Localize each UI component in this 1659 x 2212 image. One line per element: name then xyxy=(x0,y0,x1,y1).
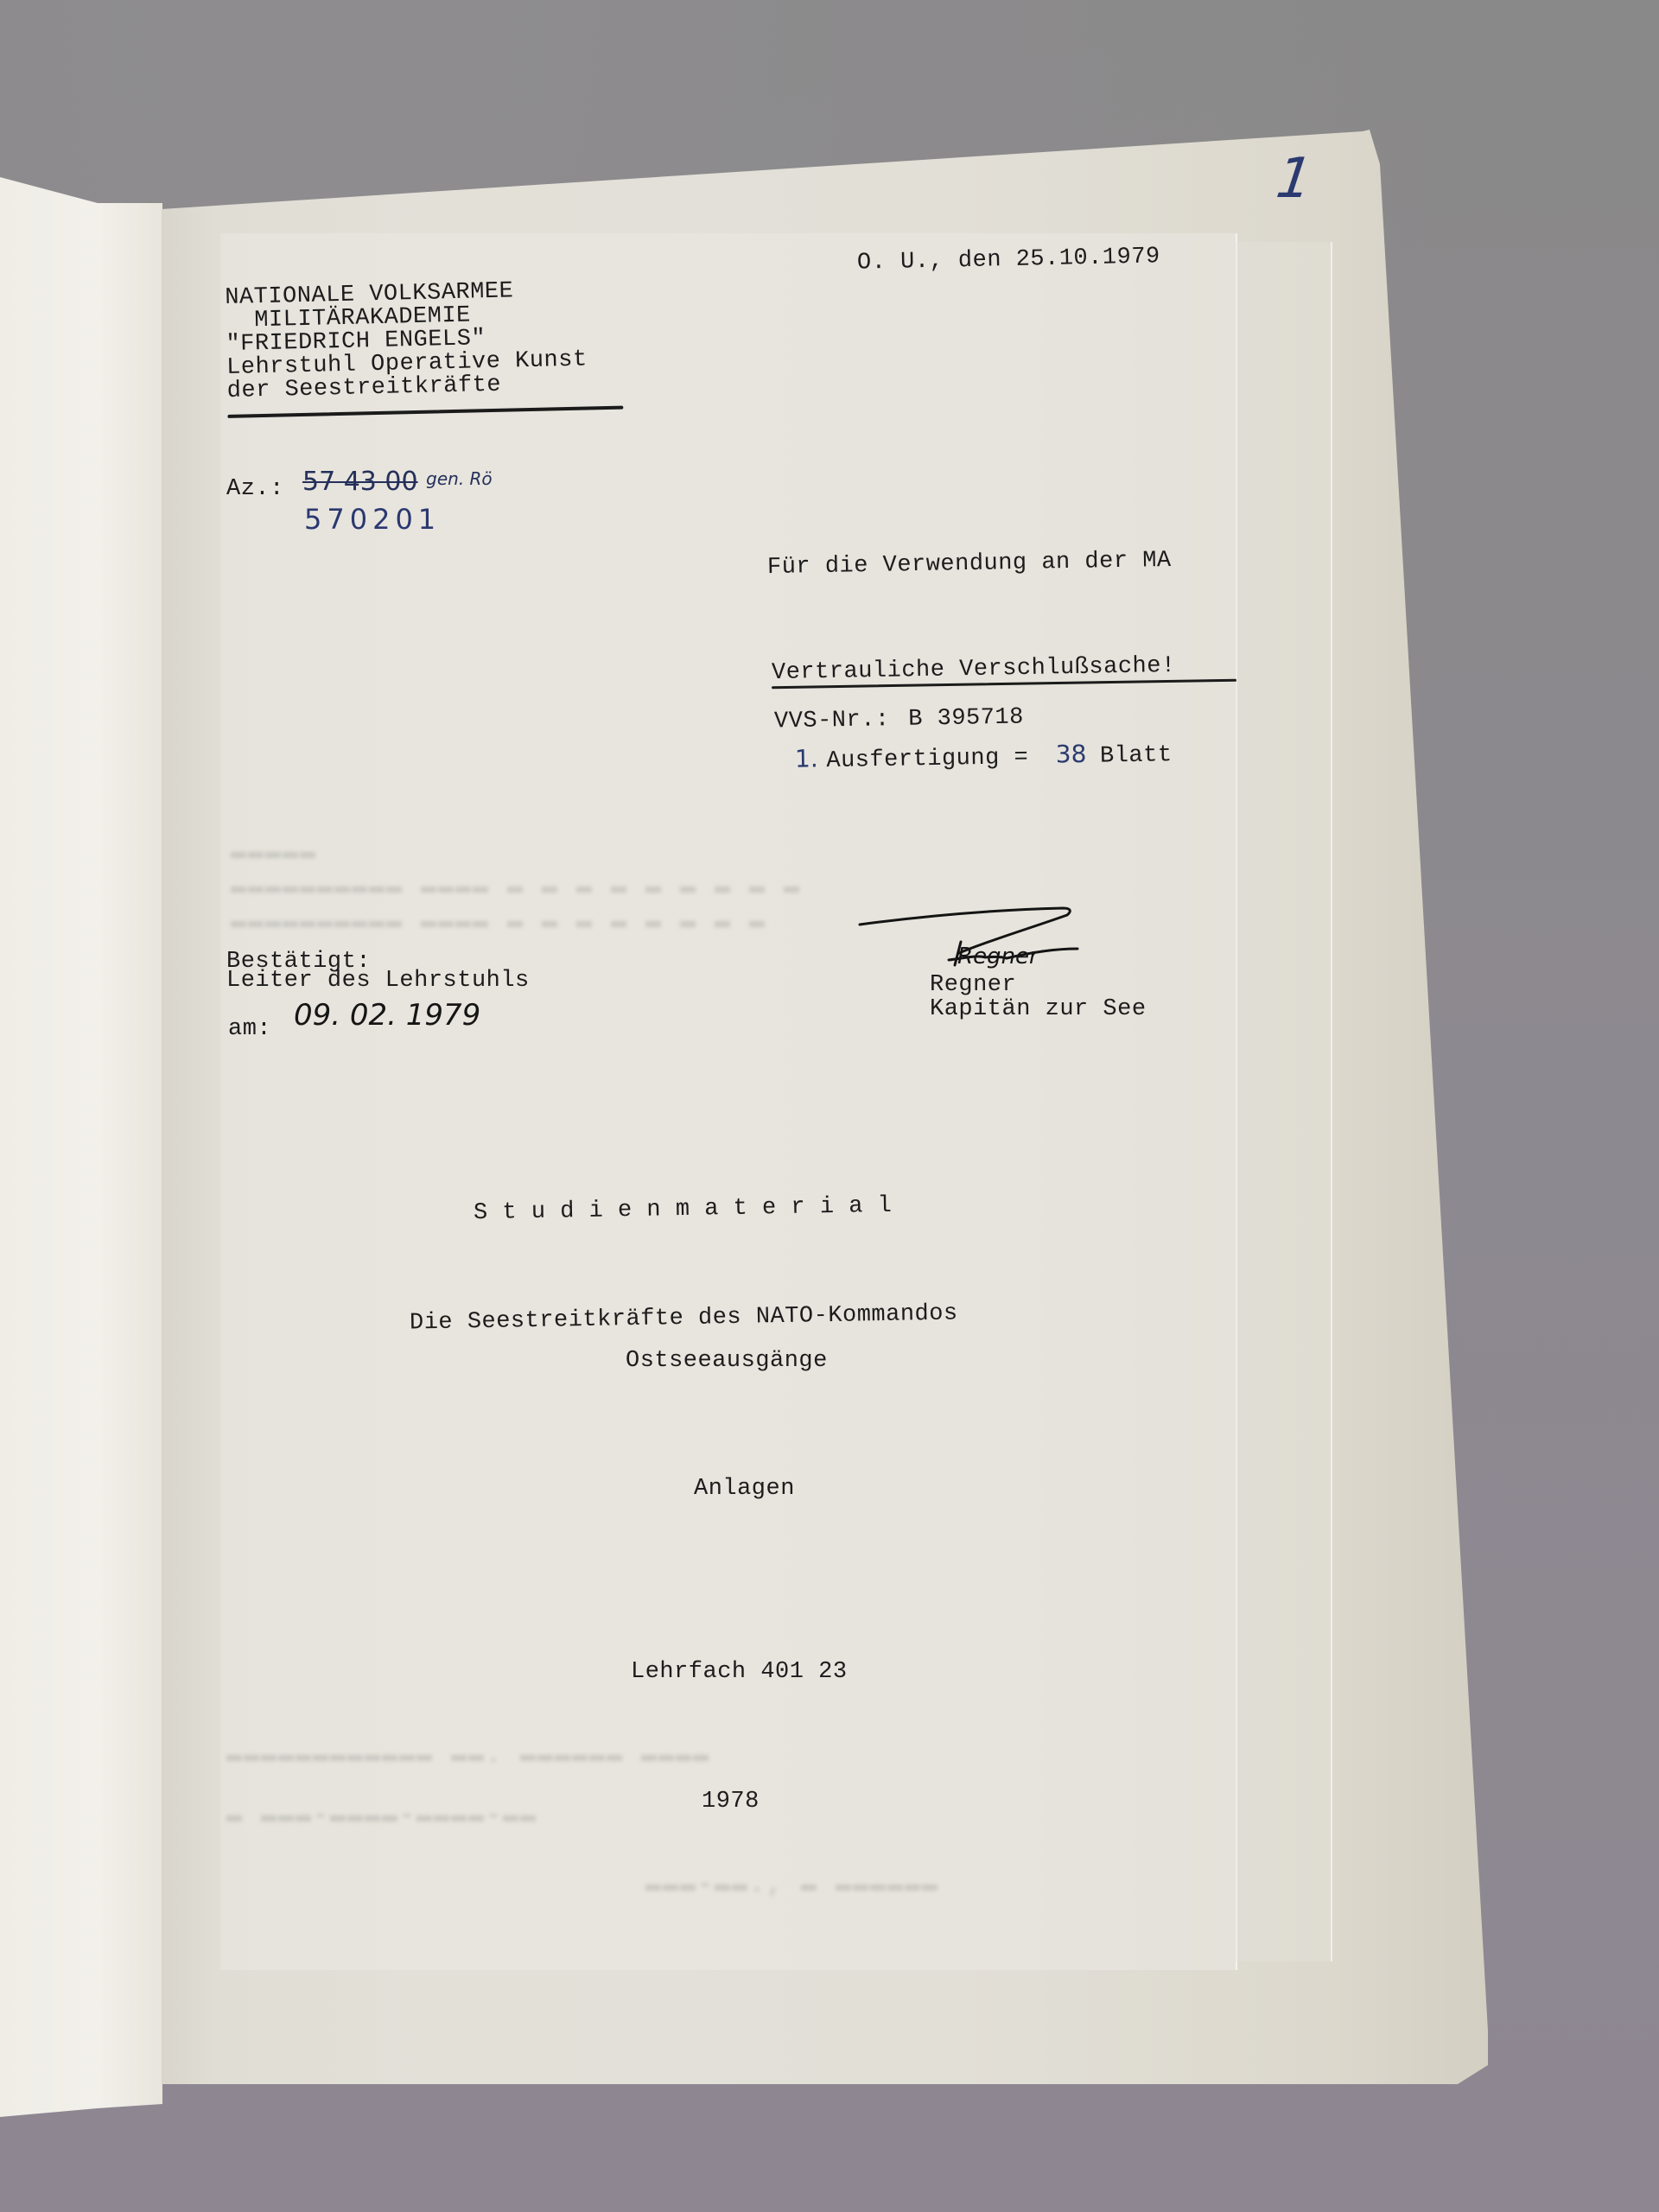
handwritten-page-number: 1 xyxy=(1266,147,1322,211)
reference-old-number: 57 43 00 gen. Rö xyxy=(302,467,493,497)
handwritten-initials: gen. Rö xyxy=(426,468,493,489)
document-page: ▬▬▬▬▬ ▬▬▬▬▬▬▬▬▬▬ ▬▬▬▬ ▬ ▬ ▬ ▬ ▬ ▬ ▬ ▬ ▬ … xyxy=(162,130,1488,2084)
copy-number: 1. xyxy=(795,744,818,772)
pasted-sheet-overlay-edge xyxy=(1236,242,1332,1961)
approval-date-label: am: xyxy=(228,1016,271,1042)
bleed-through-text: ▬▬▬-▬▬., ▬ ▬▬▬▬▬▬ xyxy=(645,1871,939,1900)
svg-text:Regner: Regner xyxy=(957,944,1040,969)
bleed-through-text: ▬▬▬▬▬▬▬▬▬▬ ▬▬▬▬ ▬ ▬ ▬ ▬ ▬ ▬ ▬ ▬ xyxy=(231,907,766,937)
vvs-number-row: VVS-Nr.: B 395718 xyxy=(774,704,1024,734)
document-year: 1978 xyxy=(702,1789,760,1815)
sheet-count: 38 xyxy=(1055,740,1086,769)
signatory-rank: Kapitän zur See xyxy=(930,996,1147,1022)
document-subtitle: Anlagen xyxy=(694,1476,795,1502)
vvs-number: B 395718 xyxy=(908,704,1024,732)
copy-label: Ausfertigung = xyxy=(826,745,1028,774)
vvs-label: VVS-Nr.: xyxy=(774,707,890,734)
signatory-name: Regner xyxy=(930,972,1016,998)
reference-new-number: 570201 xyxy=(304,503,441,536)
bleed-through-text: ▬▬▬▬▬▬▬▬▬▬ ▬▬▬▬ ▬ ▬ ▬ ▬ ▬ ▬ ▬ ▬ ▬ xyxy=(231,873,801,902)
bleed-through-text: ▬ ▬▬▬-▬▬▬▬-▬▬▬▬-▬▬ xyxy=(226,1802,537,1831)
bleed-through-text: ▬▬▬▬▬▬▬▬▬▬▬▬ ▬▬. ▬▬▬▬▬▬ ▬▬▬▬ xyxy=(226,1741,710,1770)
bleed-through-text: ▬▬▬▬▬ xyxy=(231,838,317,868)
sheet-unit: Blatt xyxy=(1100,742,1173,769)
left-facing-page xyxy=(0,168,162,2117)
subject-number: Lehrfach 401 23 xyxy=(631,1659,848,1685)
document-title-line2: Ostseeausgänge xyxy=(626,1348,828,1374)
struck-number: 57 43 00 xyxy=(302,467,418,497)
approval-date-handwritten: 09. 02. 1979 xyxy=(294,998,480,1033)
approval-role: Leiter des Lehrstuhls xyxy=(226,968,530,994)
reference-label: Az.: xyxy=(226,476,284,502)
signature-icon: Regner xyxy=(855,894,1097,981)
